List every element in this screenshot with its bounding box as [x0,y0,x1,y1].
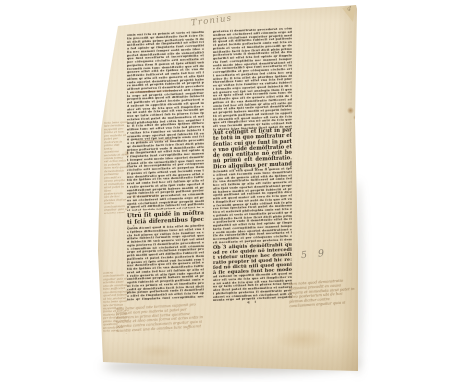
left-column-text-upper: omis eni ſcia ex primis et veris et imed… [127,31,204,211]
marginalia-left-upper: nota bene quod iste terminus supponit pr… [104,121,128,214]
marginalia-text: nota bene quod iste terminus supponit pr… [104,121,128,214]
marginalia-bottom-left: nota bene quod iste terminus supponit pr… [116,302,204,334]
right-column-text-1: preterea ſi demōſtratio procederet ex cō… [213,27,292,130]
left-column-text-lower: Quidā dicunt quod ſi ſcia eſſet de pluri… [127,224,204,301]
text-layer: omis eni ſcia ex primis et veris et imed… [0,0,468,382]
right-column-text-2: Sciendū eſt etiā quod item ſi genus et ſ… [213,167,292,245]
marginalia-text: item nota quod demonstratio potissima pr… [289,278,356,309]
left-column: omis eni ſcia ex primis et veris et imed… [127,31,204,303]
manuscript-page: Tronius 4 5 9 omis eni ſcia ex primis et… [0,0,468,382]
marginalia-text: nota bene quod iste terminus supponit pr… [116,302,204,334]
right-column: preterea ſi demōſtratio procederet ex cō… [213,27,292,308]
large-type-passage-2: Ob 3 aliquis demōſtrabit quod re cte qui… [213,242,292,275]
marginalia-bottom-right: item nota quod demonstratio potissima pr… [289,278,356,309]
large-type-passage-1: Aut cōtingit et ſicut in parte totū in q… [213,127,292,170]
right-column-text-3: ad rationē in oppoſitū dicendū eſt quod … [213,272,292,302]
photo-background: Tronius 4 5 9 omis eni ſcia ex primis et… [0,0,468,382]
